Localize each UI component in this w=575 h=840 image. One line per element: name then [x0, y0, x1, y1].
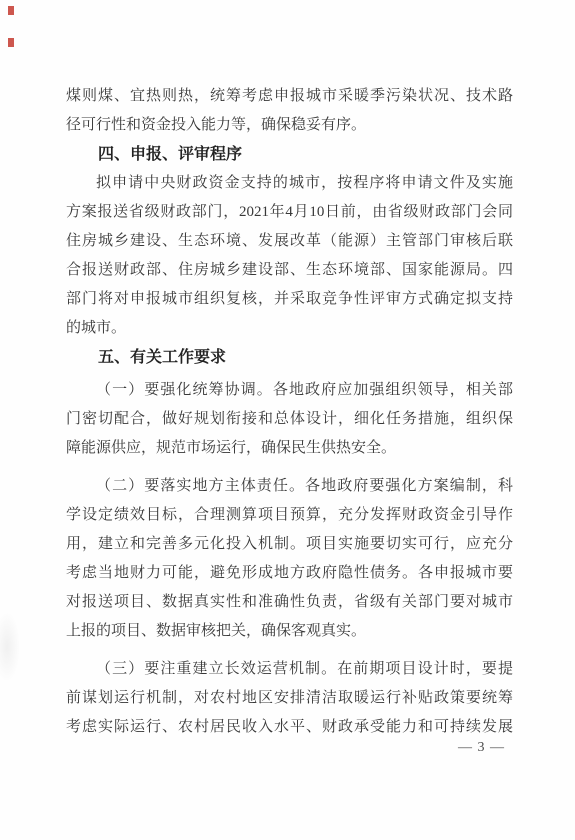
doc-line: 学设定绩效目标，合理测算项目预算，充分发挥财政资金引导作 — [66, 501, 513, 530]
document-page: 煤则煤、宜热则热，统筹考虑申报城市采暖季污染状况、技术路 径可行性和资金投入能力… — [0, 0, 575, 840]
doc-line: 拟申请中央财政资金支持的城市，按程序将申请文件及实施 — [66, 169, 513, 198]
red-scan-mark — [8, 38, 14, 47]
red-scan-mark — [8, 6, 14, 15]
doc-line: 用，建立和完善多元化投入机制。项目实施要切实可行，应充分 — [66, 530, 513, 559]
doc-line: 上报的项目、数据审核把关，确保客观真实。 — [66, 617, 513, 646]
doc-line: 合报送财政部、住房城乡建设部、生态环境部、国家能源局。四 — [66, 256, 513, 285]
doc-line: 前谋划运行机制，对农村地区安排清洁取暖运行补贴政策要统筹 — [66, 684, 513, 713]
page-number: — 3 — — [458, 740, 505, 756]
doc-line: （二）要落实地方主体责任。各地政府要强化方案编制，科 — [66, 472, 513, 501]
doc-line: 考虑当地财力可能，避免形成地方政府隐性债务。各申报城市要 — [66, 559, 513, 588]
doc-line: 方案报送省级财政部门，2021年4月10日前，由省级财政部门会同 — [66, 198, 513, 227]
doc-line: 的城市。 — [66, 314, 513, 343]
section-heading-4: 四、申报、评审程序 — [66, 140, 513, 169]
doc-line: 对报送项目、数据真实性和准确性负责，省级有关部门要对城市 — [66, 588, 513, 617]
doc-line: 障能源供应，规范市场运行，确保民生供热安全。 — [66, 434, 513, 463]
doc-line: 煤则煤、宜热则热，统筹考虑申报城市采暖季污染状况、技术路 — [66, 82, 513, 111]
scan-smudge — [0, 612, 20, 682]
doc-line: 门密切配合，做好规划衔接和总体设计，细化任务措施，组织保 — [66, 405, 513, 434]
doc-line: 部门将对申报城市组织复核，并采取竞争性评审方式确定拟支持 — [66, 285, 513, 314]
section-heading-5: 五、有关工作要求 — [66, 343, 513, 372]
document-body: 煤则煤、宜热则热，统筹考虑申报城市采暖季污染状况、技术路 径可行性和资金投入能力… — [66, 82, 513, 742]
doc-line: 住房城乡建设、生态环境、发展改革（能源）主管部门审核后联 — [66, 227, 513, 256]
doc-line: 径可行性和资金投入能力等，确保稳妥有序。 — [66, 111, 513, 140]
doc-line: （三）要注重建立长效运营机制。在前期项目设计时，要提 — [66, 655, 513, 684]
doc-line: （一）要强化统筹协调。各地政府应加强组织领导，相关部 — [66, 376, 513, 405]
doc-line: 考虑实际运行、农村居民收入水平、财政承受能力和可持续发展 — [66, 713, 513, 742]
